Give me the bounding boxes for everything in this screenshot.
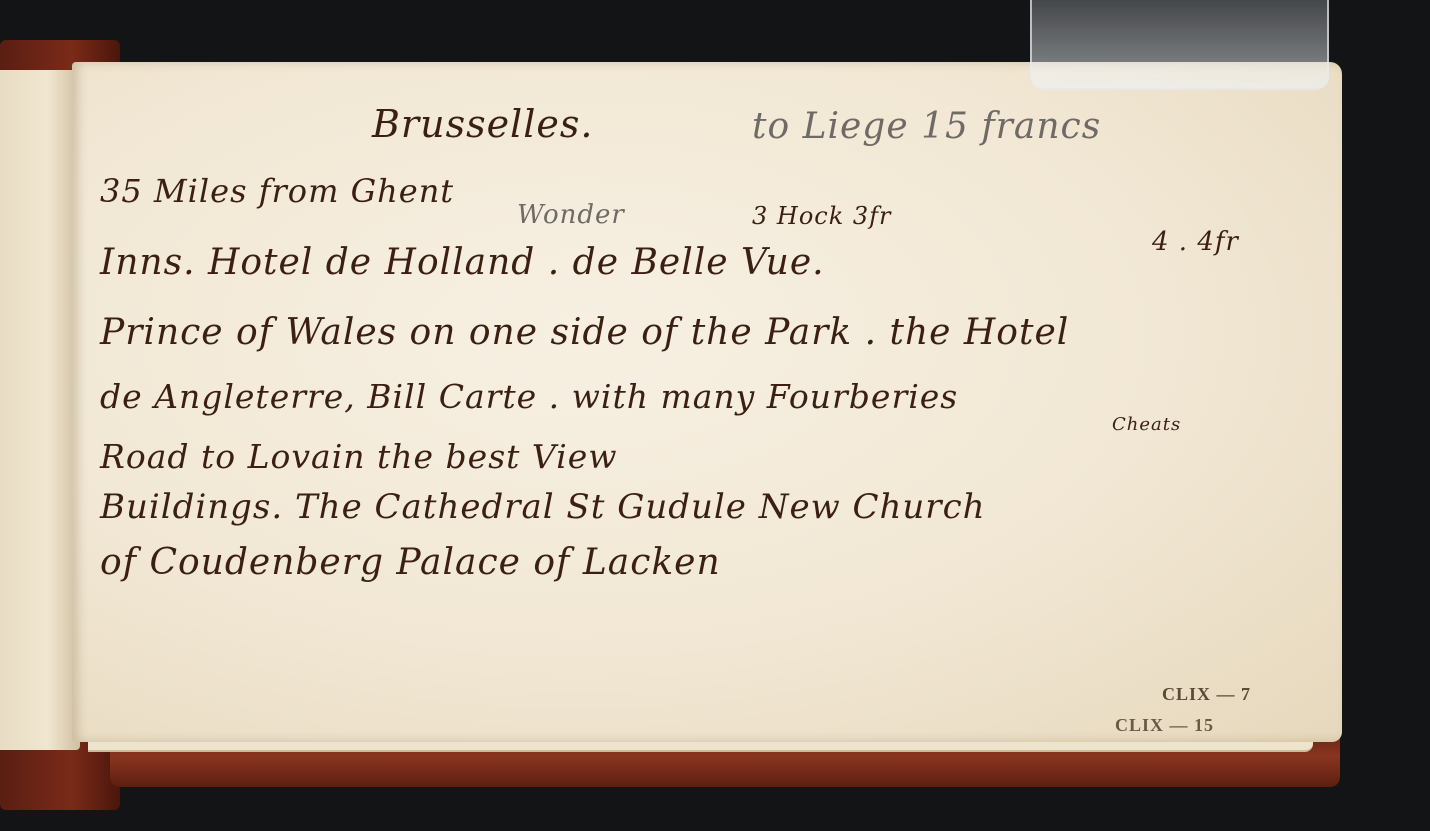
- notebook-page: Brusselles. to Liege 15 francs 35 Miles …: [72, 62, 1342, 742]
- line-6: Buildings. The Cathedral St Gudule New C…: [100, 487, 986, 527]
- line-1: 35 Miles from Ghent: [100, 172, 454, 210]
- plastic-page-clip: [1030, 0, 1329, 90]
- heading-pencil-note: to Liege 15 francs: [752, 106, 1101, 147]
- annotation-price-2: 4 . 4fr: [1152, 227, 1239, 257]
- annotation-wonder: Wonder: [517, 200, 625, 230]
- catalogue-stamp: CLIX — 7: [1162, 684, 1251, 705]
- annotation-cheats: Cheats: [1112, 414, 1181, 435]
- annotation-price-1: 3 Hock 3fr: [752, 202, 892, 230]
- left-page: [0, 70, 80, 750]
- heading: Brusselles.: [372, 102, 593, 146]
- line-7: of Coudenberg Palace of Lacken: [100, 542, 721, 583]
- catalogue-stamp-underlying: CLIX — 15: [1115, 715, 1214, 736]
- line-4: de Angleterre, Bill Carte . with many Fo…: [100, 377, 958, 416]
- line-2: Inns. Hotel de Holland . de Belle Vue.: [100, 242, 825, 283]
- line-3: Prince of Wales on one side of the Park …: [100, 312, 1069, 353]
- line-5: Road to Lovain the best View: [100, 437, 617, 476]
